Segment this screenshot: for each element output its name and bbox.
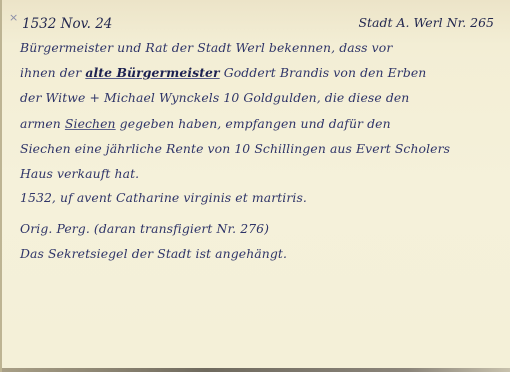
cross-mark: × (9, 11, 18, 24)
line-text: Haus verkauft hat. (20, 166, 139, 181)
line-text: 1532, uf avent Catharine virginis et mar… (20, 190, 307, 205)
text-line-3: der Witwe + Michael Wynckels 10 Goldguld… (20, 90, 409, 105)
text-line-4: armen Siechen gegeben haben, empfangen u… (20, 116, 391, 131)
card-date: 1532 Nov. 24 (22, 16, 112, 32)
archive-signature: Stadt A. Werl Nr. 265 (358, 15, 494, 30)
line-text: Siechen eine jährliche Rente von 10 Schi… (20, 141, 450, 156)
line-text: Goddert Brandis von den Erben (220, 65, 427, 80)
text-line-6: Haus verkauft hat. (20, 166, 139, 181)
text-line-7: 1532, uf avent Catharine virginis et mar… (20, 190, 307, 205)
text-line-5: Siechen eine jährliche Rente von 10 Schi… (20, 141, 450, 156)
line-text: Das Sekretsiegel der Stadt ist angehängt… (20, 246, 287, 261)
line-text: armen (20, 116, 65, 131)
underlined-phrase: alte Bürgermeister (85, 65, 219, 80)
line-text: ihnen der (20, 65, 85, 80)
text-line-9: Das Sekretsiegel der Stadt ist angehängt… (20, 246, 287, 261)
text-line-8: Orig. Perg. (daran transfigiert Nr. 276) (20, 221, 269, 236)
line-text: gegeben haben, empfangen und dafür den (116, 116, 391, 131)
text-line-2: ihnen der alte Bürgermeister Goddert Bra… (20, 65, 426, 80)
line-text: Orig. Perg. (daran transfigiert Nr. 276) (20, 221, 269, 236)
line-text: der Witwe + Michael Wynckels 10 Goldguld… (20, 90, 409, 105)
line-text: Bürgermeister und Rat der Stadt Werl bek… (20, 40, 392, 55)
text-line-1: Bürgermeister und Rat der Stadt Werl bek… (20, 40, 392, 55)
archive-index-card: × 1532 Nov. 24 Stadt A. Werl Nr. 265 Bür… (0, 0, 510, 372)
underlined-phrase: Siechen (65, 116, 116, 131)
